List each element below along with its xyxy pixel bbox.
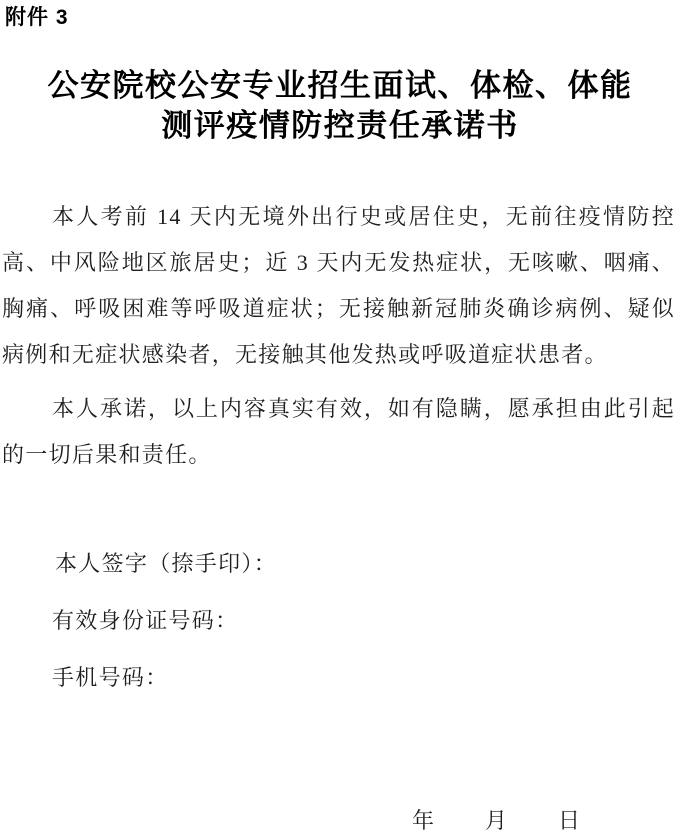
paragraph-line: 的一切后果和责任。	[2, 432, 675, 478]
signature-fingerprint-label: 本人签字（捺手印）：	[55, 550, 277, 578]
paragraph-line: 病例和无症状感染者，无接触其他发热或呼吸道症状患者。	[2, 332, 675, 378]
paragraph-commitment: 本人承诺，以上内容真实有效，如有隐瞒，愿承担由此引起 的一切后果和责任。	[2, 386, 675, 478]
paragraph-line: 胸痛、呼吸困难等呼吸道症状；无接触新冠肺炎确诊病例、疑似	[2, 286, 675, 332]
id-number-label: 有效身份证号码：	[52, 607, 238, 635]
commitment-letter-page: 附件 3 公安院校公安专业招生面试、体检、体能 测评疫情防控责任承诺书 本人考前…	[0, 0, 680, 840]
paragraph-line: 本人考前 14 天内无境外出行史或居住史，无前往疫情防控	[2, 194, 675, 240]
paragraph-health-declaration: 本人考前 14 天内无境外出行史或居住史，无前往疫情防控 高、中风险地区旅居史；…	[2, 194, 675, 378]
phone-number-label: 手机号码：	[52, 664, 169, 692]
date-line: 年 月 日	[412, 807, 580, 835]
year-label: 年	[412, 807, 434, 835]
month-label: 月	[485, 807, 507, 835]
paragraph-line: 高、中风险地区旅居史；近 3 天内无发热症状，无咳嗽、咽痛、	[2, 240, 675, 286]
attachment-number-label: 附件 3	[5, 5, 69, 31]
day-label: 日	[558, 807, 580, 835]
document-title-line1: 公安院校公安专业招生面试、体检、体能	[0, 66, 680, 106]
document-title-line2: 测评疫情防控责任承诺书	[0, 106, 680, 146]
paragraph-line: 本人承诺，以上内容真实有效，如有隐瞒，愿承担由此引起	[2, 386, 675, 432]
